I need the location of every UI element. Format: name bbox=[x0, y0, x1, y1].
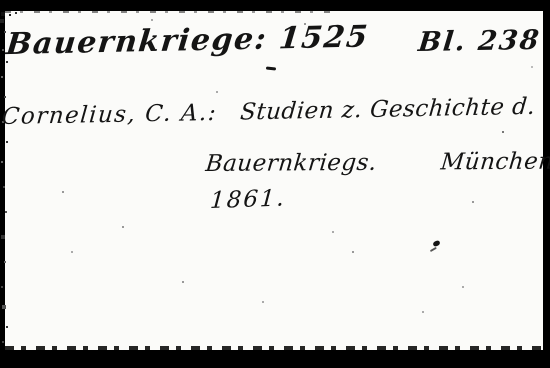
title-part-2: Bauernkriegs. bbox=[204, 150, 378, 177]
folio-number: Bl. 238 bbox=[417, 25, 542, 58]
catalog-card bbox=[5, 11, 543, 350]
film-grain-specks bbox=[0, 0, 2, 2]
publication-year: 1861. bbox=[209, 185, 287, 214]
torn-top-edge bbox=[5, 11, 335, 13]
photograph-background: Bauernkriege: 1525 Bl. 238 Cornelius, C.… bbox=[0, 0, 550, 368]
author-name: Cornelius, C. A.: bbox=[1, 100, 219, 130]
publication-place: München, bbox=[440, 149, 550, 176]
entry-line-2: Bauernkriegs. München, bbox=[204, 149, 550, 178]
torn-bottom-edge bbox=[5, 346, 543, 351]
